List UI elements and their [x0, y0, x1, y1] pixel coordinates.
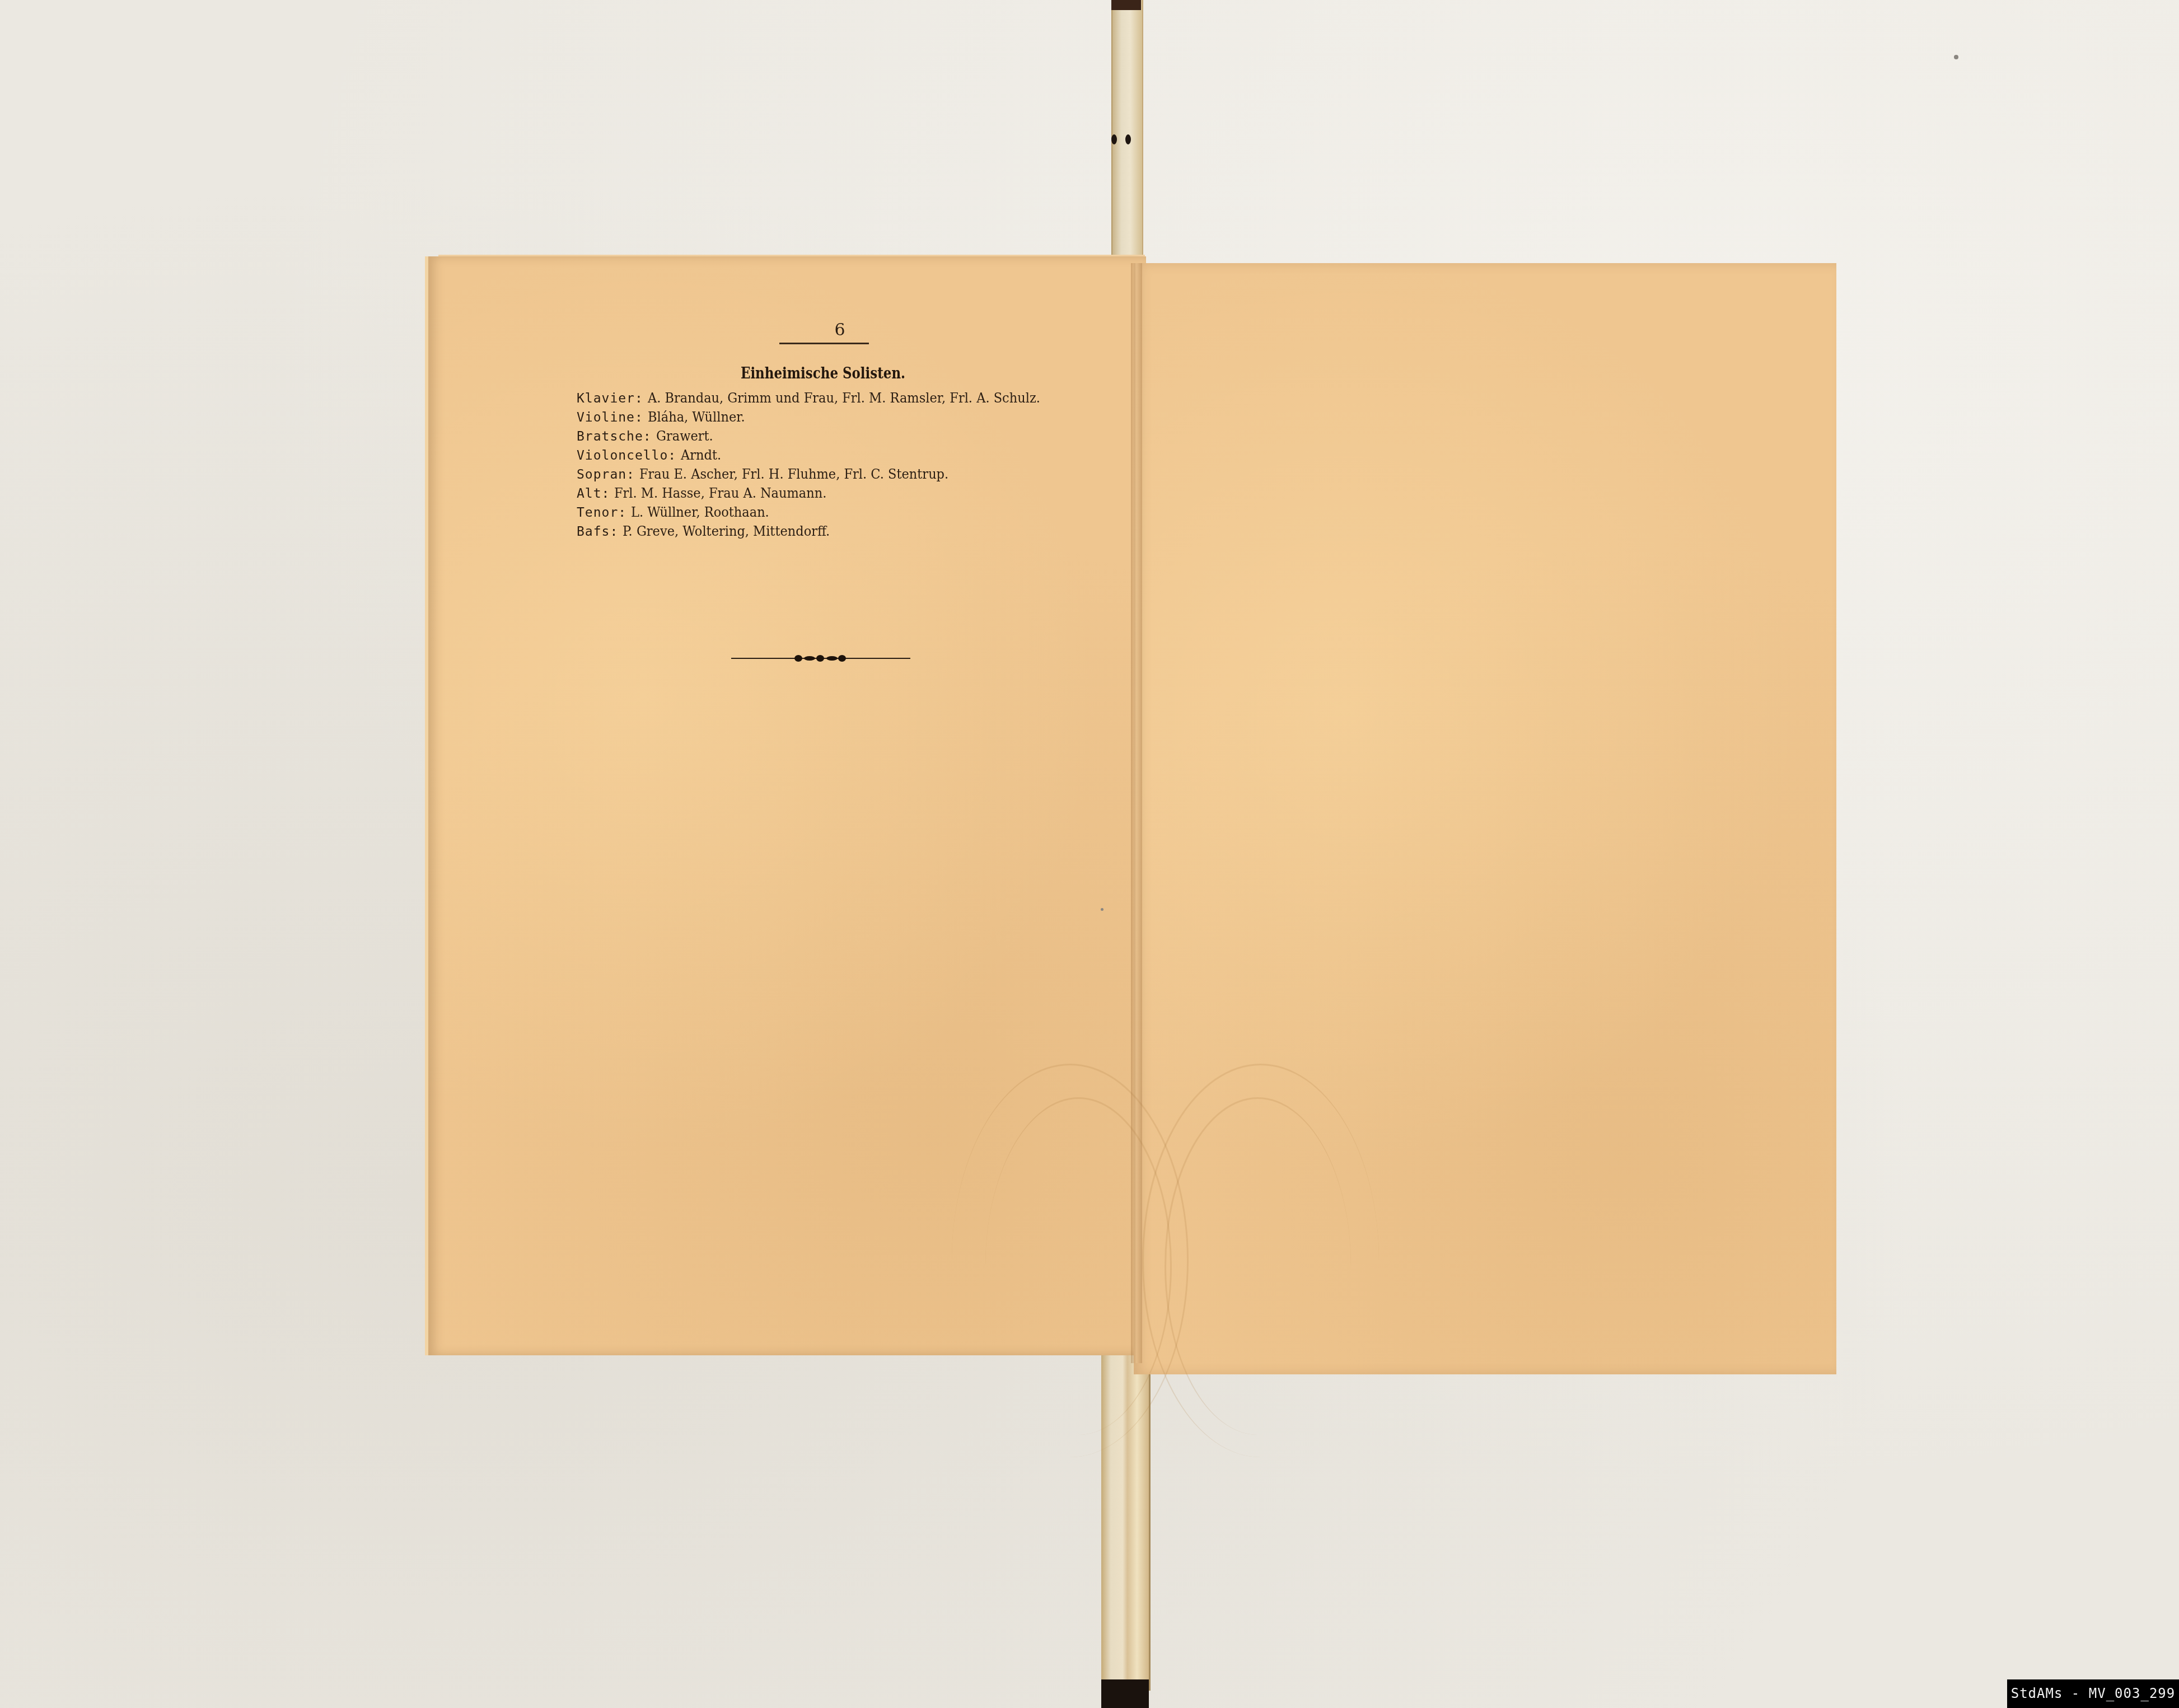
- binding-spine-top: [1111, 0, 1143, 263]
- binding-hole-mark: [1111, 134, 1117, 144]
- entry-names: A. Brandau, Grimm und Frau, Frl. M. Rams…: [648, 389, 1040, 408]
- entry-role: Violine:: [577, 410, 643, 425]
- list-item-sopran: Sopran: Frau E. Ascher, Frl. H. Fluhme, …: [577, 465, 1084, 484]
- page-number: 6: [806, 320, 873, 340]
- binding-spine-bottom-cap: [1101, 1679, 1149, 1708]
- list-item-violoncello: Violoncello: Arndt.: [577, 446, 1084, 465]
- paper-speck: [1954, 55, 1958, 59]
- entry-names: Frl. M. Hasse, Frau A. Naumann.: [614, 484, 826, 503]
- entry-role: Sopran:: [577, 467, 635, 482]
- entry-role: Bratsche:: [577, 429, 652, 444]
- list-item-bass: Bafs: P. Greve, Woltering, Mittendorff.: [577, 522, 1084, 541]
- entry-role: Bafs:: [577, 525, 618, 539]
- entry-role: Klavier:: [577, 391, 643, 406]
- entry-names: P. Greve, Woltering, Mittendorff.: [623, 522, 830, 541]
- entry-role: Violoncello:: [577, 448, 676, 463]
- entry-names: Frau E. Ascher, Frl. H. Fluhme, Frl. C. …: [639, 465, 948, 484]
- entry-names: Bláha, Wüllner.: [648, 408, 745, 427]
- section-heading: Einheimische Solisten.: [614, 365, 1032, 382]
- binding-spine-top-cap: [1111, 0, 1141, 10]
- paper-crease: [1165, 1097, 1351, 1435]
- entry-names: L. Wüllner, Roothaan.: [631, 503, 769, 522]
- ornamental-rule-icon: [731, 655, 910, 662]
- page-number-underline: [779, 343, 869, 344]
- archive-watermark-label: StdAMs - MV_003_299: [2007, 1679, 2179, 1708]
- entry-names: Grawert.: [656, 427, 713, 446]
- entry-role: Alt:: [577, 486, 610, 501]
- list-item-tenor: Tenor: L. Wüllner, Roothaan.: [577, 503, 1084, 522]
- binding-hole-mark: [1125, 134, 1131, 144]
- entry-names: Arndt.: [681, 446, 721, 465]
- list-item-violine: Violine: Bláha, Wüllner.: [577, 408, 1084, 427]
- list-item-alt: Alt: Frl. M. Hasse, Frau A. Naumann.: [577, 484, 1084, 503]
- entry-role: Tenor:: [577, 506, 626, 520]
- list-item-bratsche: Bratsche: Grawert.: [577, 427, 1084, 446]
- paper-speck: [1101, 908, 1103, 911]
- soloist-list: Klavier: A. Brandau, Grimm und Frau, Frl…: [577, 389, 1084, 541]
- list-item-klavier: Klavier: A. Brandau, Grimm und Frau, Frl…: [577, 389, 1084, 408]
